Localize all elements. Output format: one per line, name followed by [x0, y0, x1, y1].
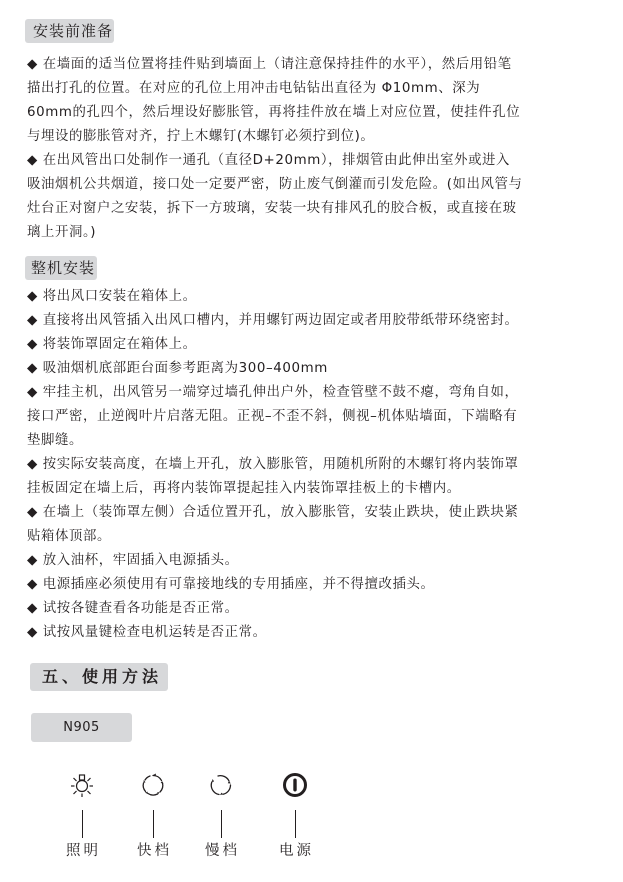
- list-item: ◆ 试按各键查看各功能是否正常。: [27, 597, 597, 621]
- list-item: ◆ 将装饰罩固定在箱体上。: [27, 333, 597, 357]
- control-label-light: 照明: [52, 841, 112, 861]
- control-slow-speed: 慢档: [191, 772, 251, 861]
- list-item: ◆ 试按风量键检查电机运转是否正常。: [27, 621, 597, 645]
- leader-line: [153, 810, 154, 838]
- text-line: 璃上开洞。): [27, 221, 597, 245]
- list-item: ◆ 直接将出风管插入出风口槽内，并用螺钉两边固定或者用胶带纸带环绕密封。: [27, 309, 597, 333]
- text-line: ◆ 在出风管出口处制作一通孔（直径D+20mm），排烟管由此伸出室外或进入: [27, 149, 597, 173]
- text-line: ◆ 在墙面的适当位置将挂件贴到墙面上（请注意保持挂件的水平），然后用铅笔: [27, 53, 597, 77]
- fast-fan-icon: [140, 772, 166, 798]
- list-item: ◆ 在墙上（装饰罩左侧）合适位置开孔，放入膨胀管，安装止跌块，使止跌块紧: [27, 501, 597, 525]
- list-item: ◆ 吸油烟机底部距台面参考距离为300–400mm: [27, 357, 597, 381]
- list-item-continuation: 接口严密，止逆阀叶片启落无阻。正视–不歪不斜，侧视–机体贴墙面，下端略有: [27, 405, 597, 429]
- model-label: N905: [31, 713, 132, 742]
- section-title-prep: 安装前准备: [25, 19, 114, 43]
- control-fast-speed: 快档: [123, 772, 183, 861]
- list-item: ◆ 将出风口安装在箱体上。: [27, 285, 597, 309]
- list-item: ◆ 电源插座必须使用有可靠接地线的专用插座，并不得擅改插头。: [27, 573, 597, 597]
- text-line: 与埋设的膨胀管对齐，拧上木螺钉(木螺钉必须拧到位)。: [27, 125, 597, 149]
- list-item-continuation: 垫脚缝。: [27, 429, 597, 453]
- list-item: ◆ 牢挂主机，出风管另一端穿过墙孔伸出户外，检查管壁不鼓不瘪，弯角自如，: [27, 381, 597, 405]
- text-line: 60mm的孔四个，然后埋设好膨胀管，再将挂件放在墙上对应位置，使挂件孔位: [27, 101, 597, 125]
- slow-fan-icon: [208, 772, 234, 798]
- list-item-continuation: 挂板固定在墙上后，再将内装饰罩提起挂入内装饰罩挂板上的卡槽内。: [27, 477, 597, 501]
- list-item: ◆ 放入油杯，牢固插入电源插头。: [27, 549, 597, 573]
- list-item-continuation: 贴箱体顶部。: [27, 525, 597, 549]
- leader-line: [295, 810, 296, 838]
- install-steps-list: ◆ 将出风口安装在箱体上。 ◆ 直接将出风管插入出风口槽内，并用螺钉两边固定或者…: [27, 285, 597, 645]
- list-item: ◆ 按实际安装高度，在墙上开孔，放入膨胀管，用随机所附的木螺钉将内装饰罩: [27, 453, 597, 477]
- prep-paragraph-wall-mount: ◆ 在墙面的适当位置将挂件贴到墙面上（请注意保持挂件的水平），然后用铅笔 描出打…: [27, 53, 597, 149]
- control-power: 电源: [265, 772, 325, 861]
- section-title-usage: 五、使用方法: [30, 663, 168, 691]
- control-label-power: 电源: [265, 841, 325, 861]
- prep-paragraph-exhaust-hole: ◆ 在出风管出口处制作一通孔（直径D+20mm），排烟管由此伸出室外或进入 吸油…: [27, 149, 597, 245]
- control-light: 照明: [52, 772, 112, 861]
- light-bulb-icon: [69, 772, 95, 798]
- text-line: 灶台正对窗户之安装，拆下一方玻璃，安装一块有排风孔的胶合板，或直接在玻: [27, 197, 597, 221]
- control-label-slow: 慢档: [191, 841, 251, 861]
- text-line: 吸油烟机公共烟道，接口处一定要严密，防止废气倒灌而引发危险。(如出风管与: [27, 173, 597, 197]
- text-line: 描出打孔的位置。在对应的孔位上用冲击电钻钻出直径为 Φ10mm、深为: [27, 77, 597, 101]
- control-label-fast: 快档: [123, 841, 183, 861]
- leader-line: [82, 810, 83, 838]
- leader-line: [221, 810, 222, 838]
- section-title-install: 整机安装: [25, 256, 97, 280]
- power-icon: [282, 772, 308, 798]
